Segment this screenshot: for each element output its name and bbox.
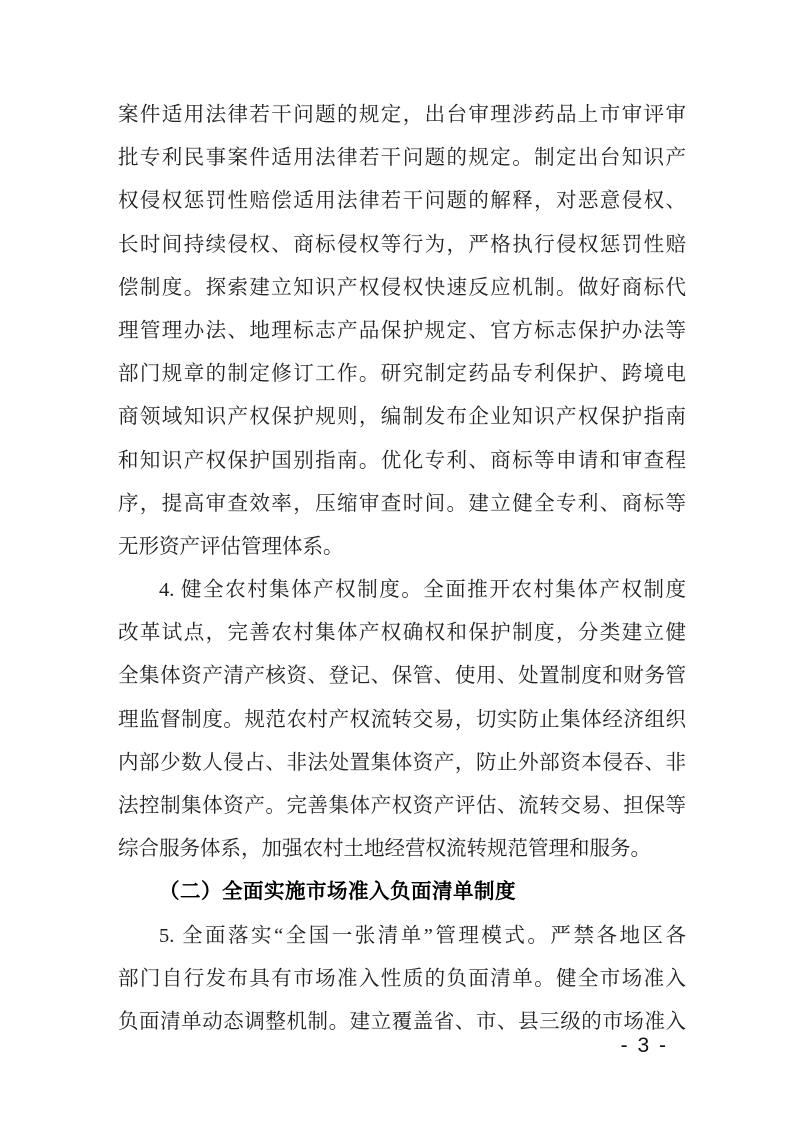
text-line: 理管理办法、地理标志产品保护规定、官方标志保护办法等: [118, 310, 686, 353]
document-body: 案件适用法律若干问题的规定，出台审理涉药品上市审评审批专利民事案件适用法律若干问…: [118, 94, 686, 1044]
text-line: 和知识产权保护国别指南。优化专利、商标等申请和审查程: [118, 440, 686, 483]
text-line: 权侵权惩罚性赔偿适用法律若干问题的解释，对恶意侵权、: [118, 180, 686, 223]
text-line: （二）全面实施市场准入负面清单制度: [118, 871, 686, 914]
text-line: 批专利民事案件适用法律若干问题的规定。制定出台知识产: [118, 137, 686, 180]
text-line: 部门自行发布具有市场准入性质的负面清单。健全市场准入: [118, 958, 686, 1001]
text-line: 无形资产评估管理体系。: [118, 526, 686, 569]
text-line: 综合服务体系，加强农村土地经营权流转规范管理和服务。: [118, 828, 686, 871]
text-line: 改革试点，完善农村集体产权确权和保护制度，分类建立健: [118, 612, 686, 655]
text-line: 全集体资产清产核资、登记、保管、使用、处置制度和财务管: [118, 655, 686, 698]
text-line: 5. 全面落实“全国一张清单”管理模式。严禁各地区各: [118, 915, 686, 958]
body-paragraph: 4. 健全农村集体产权制度。全面推开农村集体产权制度改革试点，完善农村集体产权确…: [118, 569, 686, 871]
document-page: 案件适用法律若干问题的规定，出台审理涉药品上市审评审批专利民事案件适用法律若干问…: [0, 0, 800, 1131]
text-line: 商领域知识产权保护规则，编制发布企业知识产权保护指南: [118, 396, 686, 439]
text-line: 偿制度。探索建立知识产权侵权快速反应机制。做好商标代: [118, 267, 686, 310]
text-line: 法控制集体资产。完善集体产权资产评估、流转交易、担保等: [118, 785, 686, 828]
text-line: 负面清单动态调整机制。建立覆盖省、市、县三级的市场准入: [118, 1001, 686, 1044]
text-line: 4. 健全农村集体产权制度。全面推开农村集体产权制度: [118, 569, 686, 612]
page-number: - 3 -: [621, 1034, 668, 1058]
text-line: 案件适用法律若干问题的规定，出台审理涉药品上市审评审: [118, 94, 686, 137]
text-line: 理监督制度。规范农村产权流转交易，切实防止集体经济组织: [118, 699, 686, 742]
text-line: 长时间持续侵权、商标侵权等行为，严格执行侵权惩罚性赔: [118, 224, 686, 267]
section-heading: （二）全面实施市场准入负面清单制度: [118, 871, 686, 914]
text-line: 内部少数人侵占、非法处置集体资产，防止外部资本侵吞、非: [118, 742, 686, 785]
body-paragraph: 案件适用法律若干问题的规定，出台审理涉药品上市审评审批专利民事案件适用法律若干问…: [118, 94, 686, 569]
text-line: 序，提高审查效率，压缩审查时间。建立健全专利、商标等: [118, 483, 686, 526]
body-paragraph: 5. 全面落实“全国一张清单”管理模式。严禁各地区各部门自行发布具有市场准入性质…: [118, 915, 686, 1045]
text-line: 部门规章的制定修订工作。研究制定药品专利保护、跨境电: [118, 353, 686, 396]
